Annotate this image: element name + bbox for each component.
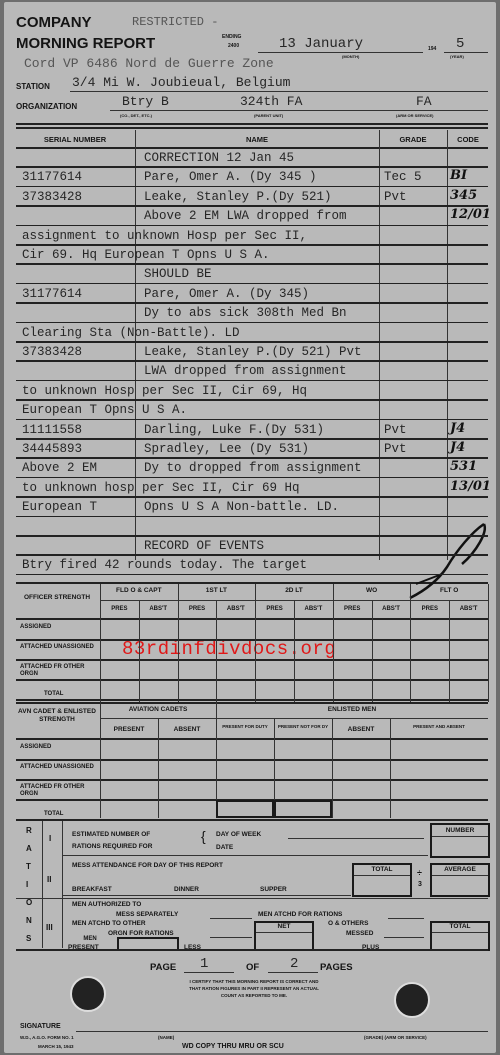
entry-continuation-text: European T Opns U S A.: [22, 403, 442, 417]
station-label: STATION: [16, 82, 50, 91]
entry-continuation-text: to unknown hosp per Sec II, Cir 69 Hq: [22, 481, 442, 495]
officer-subheader: ABS'T: [449, 606, 488, 612]
officer-subheader: ABS'T: [139, 606, 178, 612]
divider: [16, 699, 488, 701]
grade-caption: (GRADE) (ARM OR SERVICE): [364, 1035, 427, 1040]
divider: [158, 718, 159, 818]
divider: [16, 779, 488, 781]
page-number: 1: [200, 956, 208, 972]
form-number: W.D., A.G.O. FORM NO. 1: [20, 1035, 74, 1040]
divider: [410, 584, 411, 702]
aviation-cadets-header: AVIATION CADETS: [100, 706, 216, 713]
form-title-line1: COMPANY: [16, 14, 92, 31]
organization-label: ORGANIZATION: [16, 102, 77, 111]
divider: [16, 618, 488, 620]
rations-letter: T: [26, 862, 31, 871]
name-caption: (NAME): [158, 1035, 174, 1040]
officer-subheader: PRES: [255, 606, 294, 612]
o-others-line2: MESSED: [346, 930, 373, 937]
entry-name: LWA dropped from assignment: [144, 364, 384, 378]
pages-label: PAGES: [320, 962, 353, 973]
of-label: OF: [246, 962, 259, 973]
divider: [16, 639, 488, 641]
officer-subheader: ABS'T: [294, 606, 333, 612]
entry-continuation-text: Btry fired 42 rounds today. The target: [22, 558, 442, 572]
entry-continuation-text: Clearing Sta (Non-Battle). LD: [22, 326, 442, 340]
enlisted-row-label: ASSIGNED: [20, 744, 100, 751]
col-code: CODE: [448, 135, 488, 144]
punch-hole-right: [394, 982, 430, 1018]
number-label: NUMBER: [432, 827, 488, 834]
ending-label: ENDING: [222, 34, 241, 40]
officer-group-header: WO: [333, 587, 411, 594]
report-year: 5: [456, 36, 464, 52]
org-arm-caption: (ARM OR SERVICE): [396, 113, 433, 118]
total2-label: TOTAL: [432, 923, 488, 930]
classification-stamp: RESTRICTED -: [132, 15, 218, 29]
entry-serial-number: 37383428: [22, 190, 134, 204]
entry-grade: Tec 5: [384, 170, 444, 184]
officer-group-header: 1ST LT: [178, 587, 256, 594]
entry-name: CORRECTION 12 Jan 45: [144, 151, 384, 165]
mess-attendance-label: MESS ATTENDANCE FOR DAY OF THIS REPORT: [72, 862, 223, 869]
entry-name: Dy to abs sick 308th Med Bn: [144, 306, 384, 320]
men-present-line1: MEN: [64, 936, 116, 942]
entry-name: Opns U S A Non-battle. LD.: [144, 500, 384, 514]
enlisted-row-label: ATTACHED FR OTHER ORGN: [20, 784, 100, 798]
officer-group-header: FLT O: [410, 587, 488, 594]
rations-letter: O: [26, 898, 32, 907]
total-present-not-fit-box: [274, 800, 332, 818]
officer-row-label: ATTACHED FR OTHER ORGN: [20, 664, 100, 678]
officer-subheader: ABS'T: [372, 606, 411, 612]
entry-continuation-text: assignment to unknown Hosp per Sec II,: [22, 229, 442, 243]
officer-group-header: 2D LT: [255, 587, 333, 594]
supper-label: SUPPER: [260, 886, 287, 893]
rations-letter: I: [26, 880, 28, 889]
men-atchd-rations-label: MEN ATCHD FOR RATIONS: [258, 911, 342, 918]
entry-serial-number: 31177614: [22, 287, 134, 301]
entry-serial-number: Above 2 EM: [22, 461, 134, 475]
entry-name: RECORD OF EVENTS: [144, 539, 384, 553]
entry-serial-number: 31177614: [22, 170, 134, 184]
officer-row-label: ASSIGNED: [20, 624, 100, 631]
enlisted-col-header: PRESENT: [100, 726, 158, 733]
certification-text: I CERTIFY THAT THIS MORNING REPORT IS CO…: [134, 978, 374, 999]
punch-hole-left: [70, 976, 106, 1012]
org-company: Btry B: [122, 94, 169, 109]
morning-report-card: COMPANY RESTRICTED - MORNING REPORT ENDI…: [4, 2, 496, 1053]
divider: [488, 584, 489, 702]
signature-line[interactable]: [76, 1031, 488, 1032]
certify-line1: I CERTIFY THAT THIS MORNING REPORT IS CO…: [134, 978, 374, 985]
col-serial-number: SERIAL NUMBER: [16, 135, 134, 144]
officer-subheader: PRES: [100, 606, 139, 612]
org-parent-caption: (PARENT UNIT): [254, 113, 283, 118]
section-ii-label: II: [47, 875, 51, 884]
certify-line3: COUNT AS REPORTED TO ME.: [134, 992, 374, 999]
officer-subheader: PRES: [178, 606, 217, 612]
divider: [294, 600, 295, 702]
org-parent-unit: 324th FA: [240, 94, 302, 109]
entry-code: 345: [450, 188, 477, 203]
divider: [16, 659, 488, 661]
average-label: AVERAGE: [432, 866, 488, 873]
divider: [216, 600, 217, 702]
entry-code: 13/01: [450, 479, 491, 494]
divide-icon: ÷: [417, 868, 422, 878]
entry-serial-number: European T: [22, 500, 134, 514]
divider: [390, 718, 391, 818]
col-name: NAME: [136, 135, 378, 144]
officer-subheader: PRES: [333, 606, 372, 612]
entry-code: J4: [450, 440, 465, 455]
enlisted-col-header: ABSENT: [332, 726, 390, 733]
men-atchd-other-line2: ORGN FOR RATIONS: [108, 930, 174, 937]
entry-name: Dy to dropped from assignment: [144, 461, 384, 475]
page-label: PAGE: [150, 962, 176, 973]
entry-serial-number: 34445893: [22, 442, 134, 456]
entry-name: Leake, Stanley P.(Dy 521) Pvt: [144, 345, 384, 359]
col-grade: GRADE: [380, 135, 446, 144]
entry-name: Spradley, Lee (Dy 531): [144, 442, 384, 456]
location-note: Cord VP 6486 Nord de Guerre Zone: [24, 56, 274, 71]
est-rations-line1: ESTIMATED NUMBER OF: [72, 831, 150, 838]
section-iii-label: III: [46, 923, 53, 932]
form-date: MARCH 15, 1943: [38, 1044, 74, 1049]
divider: [100, 584, 101, 702]
entry-grade: Pvt: [384, 190, 444, 204]
enlisted-col-header: PRESENT NOT FOR DY: [274, 723, 332, 730]
entry-code: 531: [450, 459, 477, 474]
divider: [139, 600, 140, 702]
total-label: TOTAL: [354, 866, 410, 873]
certify-line2: THAT RATION FIGURES IN PART II REPRESENT…: [134, 985, 374, 992]
station-value: 3/4 Mi W. Joubieual, Belgium: [72, 75, 290, 90]
form-title-line2: MORNING REPORT: [16, 35, 155, 52]
entry-continuation-text: to unknown Hosp per Sec II, Cir 69, Hq: [22, 384, 442, 398]
entry-name: Darling, Luke F.(Dy 531): [144, 423, 384, 437]
entry-grade: Pvt: [384, 442, 444, 456]
rations-letter: R: [26, 826, 32, 835]
divider: [16, 819, 488, 821]
officer-strength-title: OFFICER STRENGTH: [16, 594, 98, 602]
day-of-week-label: DAY OF WEEK: [216, 831, 261, 838]
rations-letter: S: [26, 934, 31, 943]
ending-time: 2400: [228, 43, 239, 49]
report-date: 13 January: [279, 36, 363, 52]
copy-note: WD COPY THRU MRU OR SCU: [182, 1043, 284, 1050]
enlisted-col-header: PRESENT FOR DUTY: [216, 723, 274, 730]
o-others-line1: O & OTHERS: [328, 920, 368, 927]
divider: [332, 718, 333, 818]
total-pages: 2: [290, 956, 298, 972]
divider: [100, 702, 101, 818]
breakfast-label: BREAKFAST: [72, 886, 112, 893]
divider: [16, 702, 488, 704]
entry-name: Pare, Omer A. (Dy 345): [144, 287, 384, 301]
enlisted-col-header: PRESENT AND ABSENT: [390, 723, 488, 730]
officer-row-label: ATTACHED UNASSIGNED: [20, 644, 100, 651]
entry-code: 12/01: [450, 207, 491, 222]
signature-label: SIGNATURE: [20, 1023, 61, 1030]
watermark: 83rdinfdivdocs.org: [122, 638, 336, 660]
rations-letter: N: [26, 916, 32, 925]
entry-grade: Pvt: [384, 423, 444, 437]
enlisted-row-label: TOTAL: [20, 811, 124, 818]
divider: [372, 600, 373, 702]
entry-name: Above 2 EM LWA dropped from: [144, 209, 384, 223]
men-atchd-other-line1: MEN ATCHD TO OTHER: [72, 920, 146, 927]
divider: [16, 679, 488, 681]
entry-code: J4: [450, 421, 465, 436]
org-arm: FA: [416, 94, 432, 109]
entry-name: SHOULD BE: [144, 267, 384, 281]
men-authorized-line2: MESS SEPARATELY: [116, 911, 178, 918]
brace-icon: {: [201, 828, 206, 844]
divider: [255, 584, 256, 702]
enlisted-row-label: ATTACHED UNASSIGNED: [20, 764, 100, 771]
entry-continuation-text: Cir 69. Hq European T Opns U S A.: [22, 248, 442, 262]
date-label: DATE: [216, 844, 233, 851]
officer-subheader: PRES: [410, 606, 449, 612]
rations-letter: A: [26, 844, 32, 853]
entry-name: Leake, Stanley P.(Dy 521): [144, 190, 384, 204]
enlisted-strength-title: AVN CADET & ENLISTED STRENGTH: [16, 708, 98, 724]
entry-code: BI: [450, 168, 467, 183]
enlisted-col-header: ABSENT: [158, 726, 216, 733]
officer-group-header: FLD O & CAPT: [100, 587, 178, 594]
entry-serial-number: 37383428: [22, 345, 134, 359]
total-present-for-duty-box: [216, 800, 274, 818]
divide-by: 3: [418, 881, 422, 888]
divider: [178, 584, 179, 702]
org-company-caption: (CO., DET., ETC.): [120, 113, 152, 118]
enlisted-men-header: ENLISTED MEN: [216, 706, 488, 713]
month-caption: (MONTH): [342, 54, 359, 59]
year-caption: (YEAR): [450, 54, 464, 59]
divider: [16, 738, 488, 740]
divider: [333, 584, 334, 702]
officer-subheader: ABS'T: [216, 606, 255, 612]
officer-row-label: TOTAL: [20, 691, 124, 698]
est-rations-line2: RATIONS REQUIRED FOR: [72, 843, 152, 850]
net-label: NET: [256, 923, 312, 930]
section-i-label: I: [49, 834, 51, 843]
divider: [449, 600, 450, 702]
men-authorized-line1: MEN AUTHORIZED TO: [72, 901, 141, 908]
dinner-label: DINNER: [174, 886, 199, 893]
year-prefix: 194: [428, 46, 436, 52]
entry-serial-number: 11111558: [22, 423, 134, 437]
entry-name: Pare, Omer A. (Dy 345 ): [144, 170, 384, 184]
divider: [16, 759, 488, 761]
